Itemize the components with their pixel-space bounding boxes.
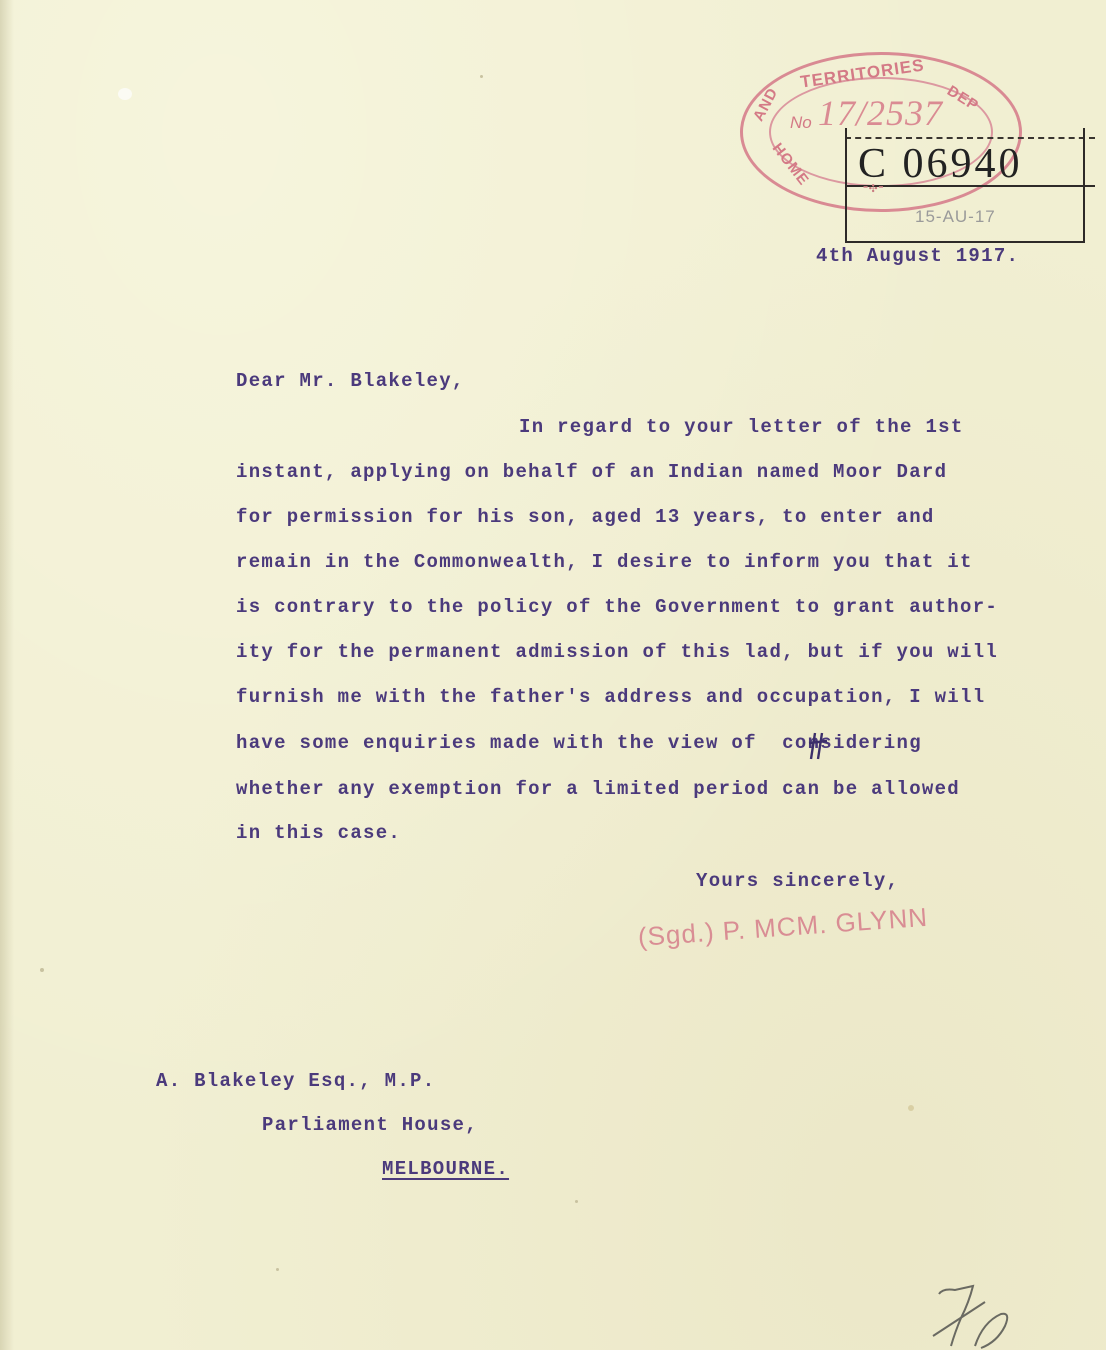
strikeout-mark-icon: [807, 731, 829, 761]
body-line: whether any exemption for a limited peri…: [236, 778, 960, 800]
body-line: in this case.: [236, 822, 401, 844]
paper-left-edge: [0, 0, 14, 1350]
body-line: remain in the Commonwealth, I desire to …: [236, 551, 973, 573]
body-line: for permission for his son, aged 13 year…: [236, 506, 935, 528]
body-line: ity for the permanent admission of this …: [236, 641, 998, 663]
letter-date: 4th August 1917.: [816, 245, 1019, 267]
body-line: In regard to your letter of the 1st: [519, 416, 964, 438]
paper-speck: [118, 88, 132, 100]
paper-speck: [40, 968, 44, 972]
body-line: is contrary to the policy of the Governm…: [236, 596, 998, 618]
handwritten-folio-mark: [925, 1262, 1025, 1350]
paper-speck: [276, 1268, 279, 1271]
registry-received-date: 15-AU-17: [915, 207, 996, 227]
closing: Yours sincerely,: [696, 870, 899, 892]
paper-speck: [480, 75, 483, 78]
body-line: instant, applying on behalf of an Indian…: [236, 461, 947, 483]
recipient-address: Parliament House,: [262, 1114, 478, 1136]
paper-speck: [908, 1105, 914, 1111]
stamp-number-label: No: [790, 113, 812, 133]
body-line: furnish me with the father's address and…: [236, 686, 985, 708]
recipient-name: A. Blakeley Esq., M.P.: [156, 1070, 435, 1092]
salutation: Dear Mr. Blakeley,: [236, 370, 465, 392]
ornament-icon: ⁃✣⁃: [862, 180, 884, 197]
paper-speck: [575, 1200, 578, 1203]
recipient-city: MELBOURNE.: [382, 1158, 509, 1180]
